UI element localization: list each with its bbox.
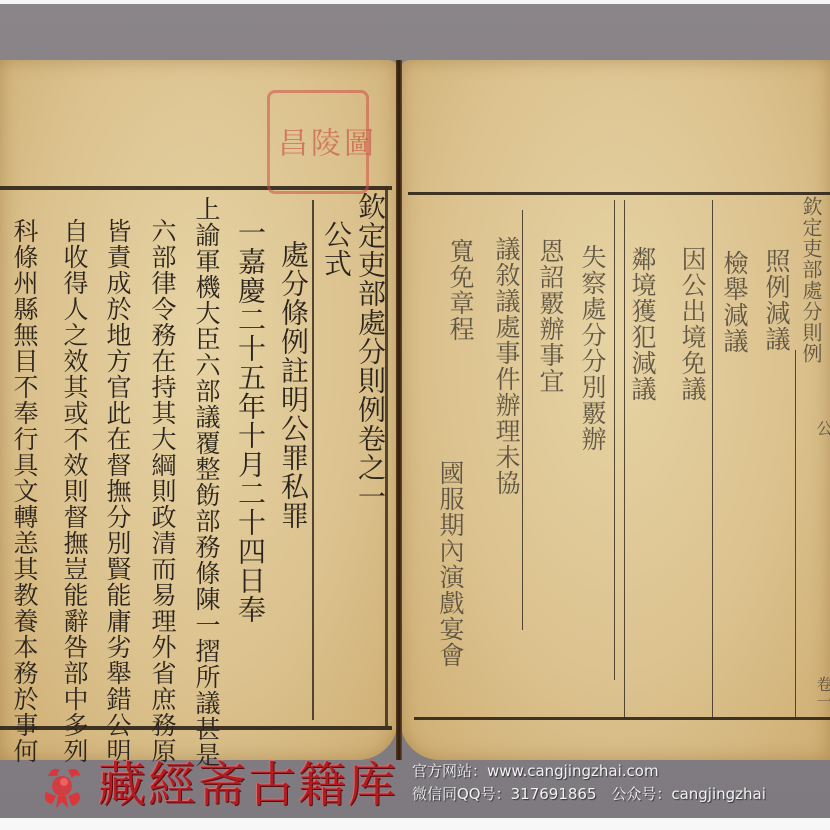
toc-entry: 失察處分分別覈辦 [578, 244, 606, 452]
toc-entry: 因公出境免議 [678, 246, 706, 402]
body-column: 六部律令務在持其大綱則政清而易理外省庶務原 [148, 218, 176, 764]
toc-entry: 照例減議 [762, 248, 790, 352]
brand-name: 藏經斋古籍库 [98, 756, 398, 814]
body-column: 上諭軍機大臣六部議覆整飭部務條陳一摺所議甚是 [192, 196, 220, 768]
toc-entry: 議敘議處事件辦理未協 [492, 236, 520, 496]
right-column-rule [614, 200, 615, 680]
right-column-rule [712, 200, 713, 720]
volume-title: 欽定吏部處分則例卷之一 [354, 192, 386, 511]
website-line: 官方网站：www.cangjingzhai.com [412, 760, 659, 781]
seal-char: 昌 [274, 97, 305, 187]
toc-entry: 國服期內演戲宴會 [436, 460, 464, 668]
website-label: 官方网站： [412, 762, 487, 780]
watermark-banner: 藏經斋古籍库 官方网站：www.cangjingzhai.com 微信同QQ号：… [0, 752, 830, 818]
left-column-rule [312, 200, 314, 720]
toc-entry: 恩詔覈辦事宜 [536, 238, 564, 394]
scan-bottom-edge [0, 818, 830, 830]
page-header-fragment: 欽定吏部處分則例 [800, 196, 822, 364]
contact-label: 微信同QQ号： [412, 785, 511, 803]
section-heading: 公式 [320, 220, 352, 278]
body-column: 自收得人之效其或不效則督撫豈能辭咎部中多列 [60, 218, 88, 764]
right-column-rule [624, 200, 625, 720]
subheading: 處分條例註明公罪私罪 [277, 240, 309, 530]
body-column: 皆責成於地方官此在督撫分別賢能庸劣舉錯公明 [103, 218, 131, 764]
seal-char: 圖 [340, 97, 371, 187]
toc-entry: 寬免章程 [446, 238, 474, 342]
website-link[interactable]: www.cangjingzhai.com [487, 762, 659, 780]
contact-line: 微信同QQ号：317691865 公众号：cangjingzhai [412, 783, 766, 804]
right-bottom-border [414, 717, 830, 720]
margin-mark: 公 [812, 420, 830, 437]
toc-entry: 鄰境獲犯減議 [628, 246, 656, 402]
right-column-rule [522, 210, 523, 630]
collector-seal: 昌 陵 圖 [267, 90, 369, 194]
margin-mark: 卷一 [812, 676, 830, 710]
scan-top-edge [0, 0, 830, 4]
toc-entry: 檢舉減議 [720, 250, 748, 354]
seal-char: 陵 [307, 97, 338, 187]
qilin-logo-icon [38, 762, 86, 810]
right-column-rule [795, 350, 796, 720]
public-account-label: 公众号： [611, 785, 671, 803]
date-line: 一嘉慶二十五年十月二十四日奉 [234, 218, 266, 624]
book-spine [396, 60, 402, 760]
right-top-border [408, 192, 830, 195]
contact-number: 317691865 [511, 785, 597, 803]
body-column: 科條州縣無目不奉行具文轉恙其教養本務於事何 [10, 218, 38, 764]
public-account: cangjingzhai [671, 785, 766, 803]
